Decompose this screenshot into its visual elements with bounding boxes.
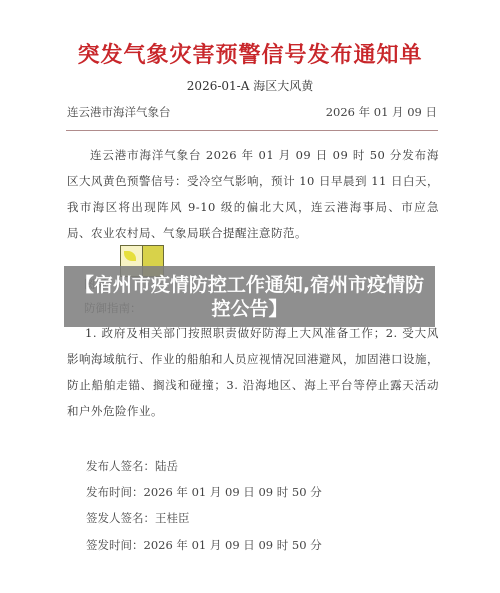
issuer-row: 连云港市海洋气象台 2026 年 01 月 09 日 xyxy=(67,104,437,120)
approve-time: 签发时间：2026 年 01 月 09 日 09 时 50 分 xyxy=(86,537,322,553)
issue-date: 2026 年 01 月 09 日 xyxy=(326,104,437,120)
divider xyxy=(66,130,438,131)
document-subtitle: 2026-01-A 海区大风黄 xyxy=(0,77,500,94)
defense-guide-paragraph: 1. 政府及相关部门按照职责做好防海上大风准备工作；2. 受大风影响海域航行、作… xyxy=(67,320,439,424)
approver-signature: 签发人签名：王桂臣 xyxy=(86,510,190,526)
issuer-name: 连云港市海洋气象台 xyxy=(67,104,171,120)
publish-time: 发布时间：2026 年 01 月 09 日 09 时 50 分 xyxy=(86,484,322,500)
overlay-banner: 【宿州市疫情防控工作通知,宿州市疫情防控公告】 xyxy=(64,266,435,327)
document-title: 突发气象灾害预警信号发布通知单 xyxy=(0,38,500,69)
notice-paragraph: 连云港市海洋气象台 2026 年 01 月 09 日 09 时 50 分发布海区… xyxy=(67,142,439,246)
banner-headline: 【宿州市疫情防控工作通知,宿州市疫情防控公告】 xyxy=(70,273,430,321)
publisher-signature: 发布人签名：陆岳 xyxy=(86,458,178,474)
